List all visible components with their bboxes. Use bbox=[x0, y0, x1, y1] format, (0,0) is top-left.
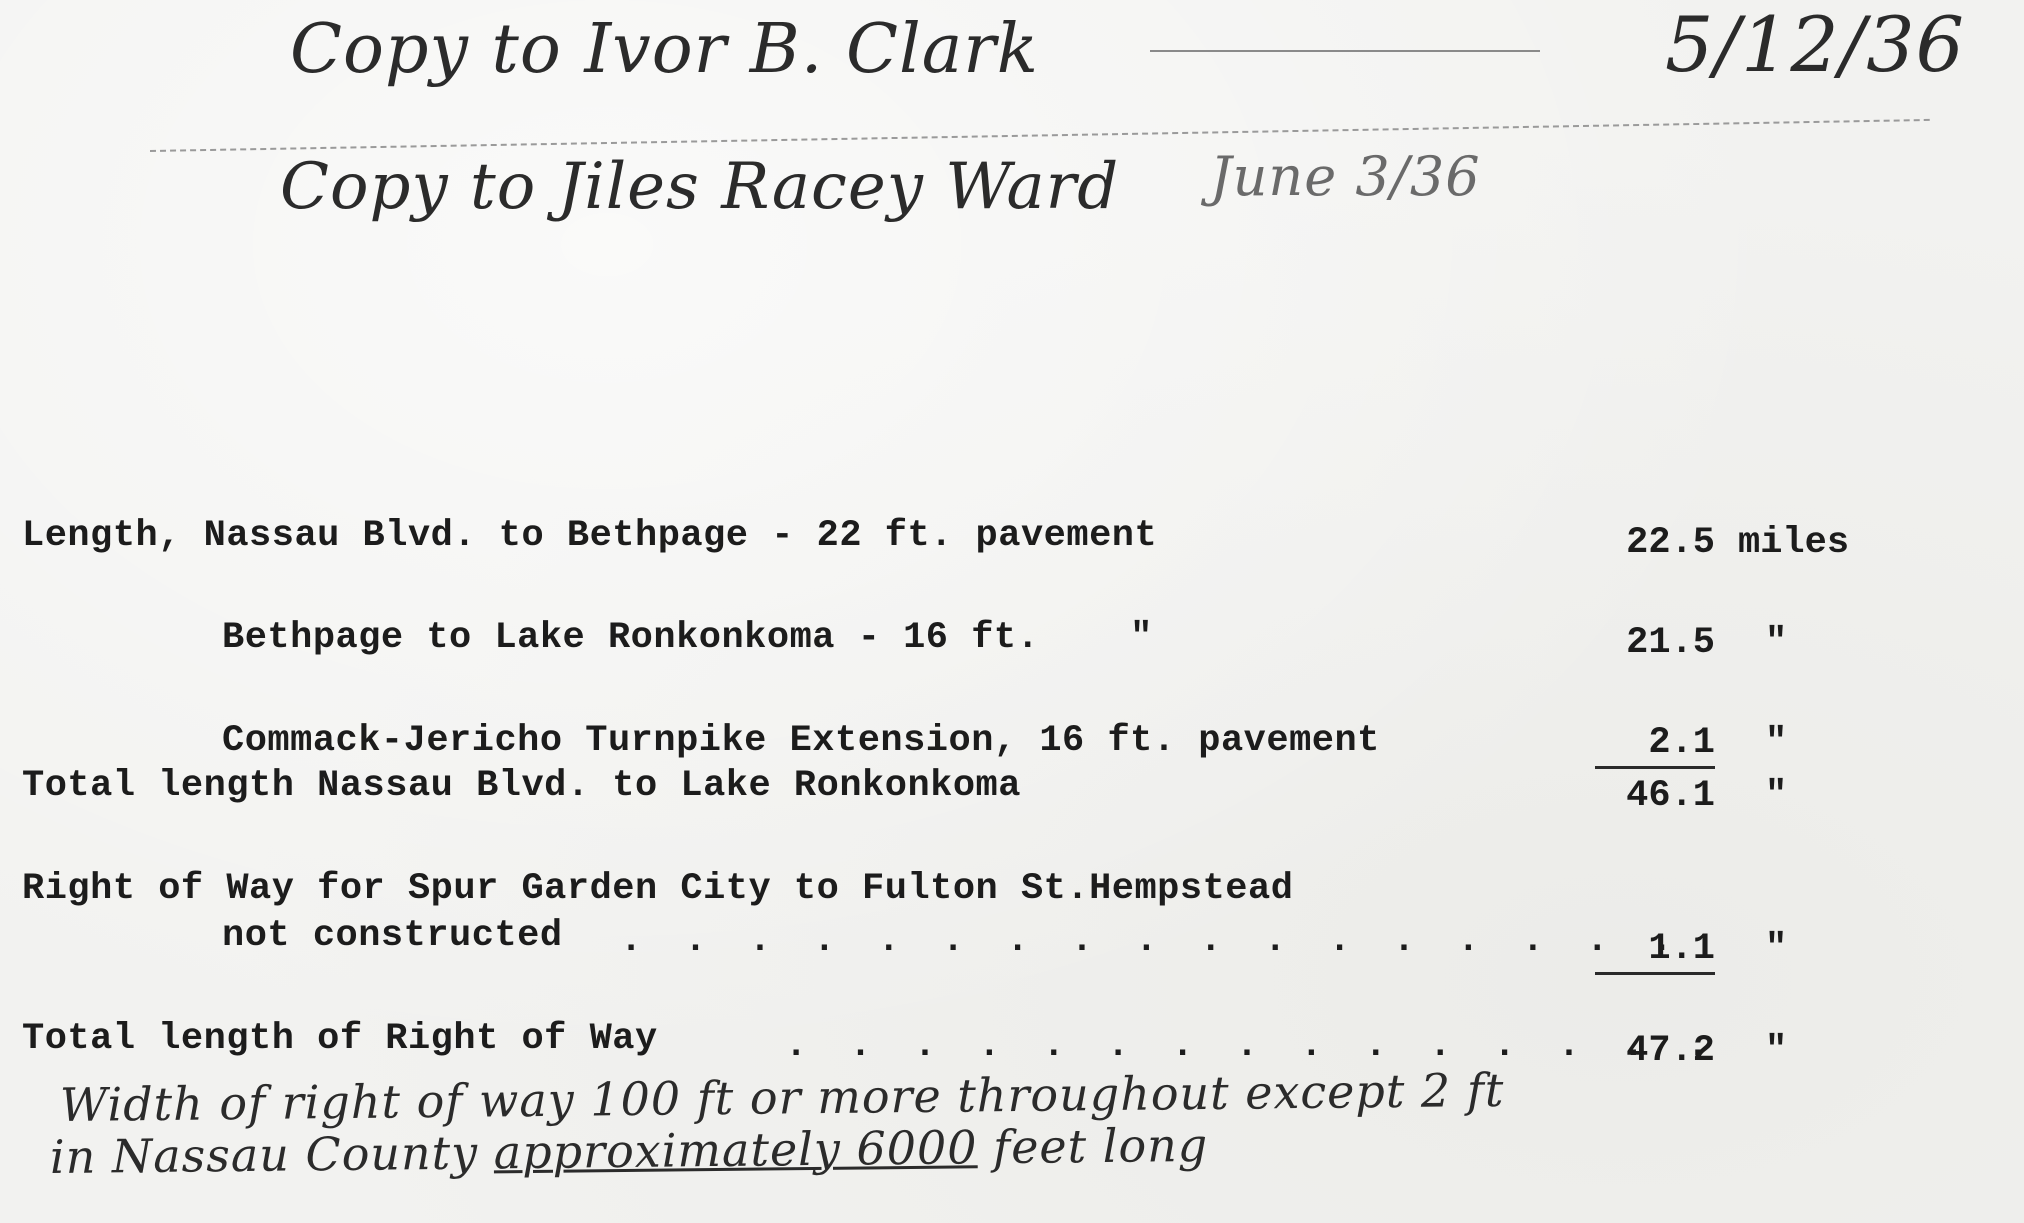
row-unit-nassau-bethpage: miles bbox=[1738, 522, 1849, 564]
annotation-date-1: 5/12/36 bbox=[1665, 0, 1965, 89]
row-leader-spur: . . . . . . . . . . . . . . . . . bbox=[620, 920, 1683, 962]
row-value-nassau-bethpage: 22.5 bbox=[1595, 522, 1715, 564]
note-line-2-underlined: approximately 6000 bbox=[493, 1120, 977, 1179]
annotation-rule-1 bbox=[1150, 50, 1540, 52]
annotation-rule-2 bbox=[150, 119, 1930, 152]
row-unit-total-right-of-way: " bbox=[1765, 1030, 1787, 1072]
row-value-spur: 1.1 bbox=[1595, 928, 1715, 975]
row-unit-bethpage-ronkonkoma: " bbox=[1765, 622, 1787, 664]
row-label-total-nassau-ronkonkoma: Total length Nassau Blvd. to Lake Ronkon… bbox=[22, 765, 1021, 807]
row-unit-spur: " bbox=[1765, 928, 1787, 970]
copy-to-annotation-2: Copy to Jiles Racey Ward bbox=[280, 150, 1119, 224]
row-leader-total-right-of-way: . . . . . . . . . . . . . . . bbox=[785, 1025, 1719, 1067]
row-label-total-right-of-way: Total length of Right of Way bbox=[22, 1018, 658, 1060]
note-line-2-suffix: feet long bbox=[993, 1118, 1209, 1174]
row-value-bethpage-ronkonkoma: 21.5 bbox=[1595, 622, 1715, 664]
copy-to-annotation-1: Copy to Ivor B. Clark bbox=[290, 10, 1039, 89]
row-label-commack-jericho: Commack-Jericho Turnpike Extension, 16 f… bbox=[222, 720, 1380, 762]
row-label-spur-right-of-way: Right of Way for Spur Garden City to Ful… bbox=[22, 868, 1293, 910]
handwritten-note-line-2: in Nassau County approximately 6000 feet… bbox=[50, 1118, 1209, 1184]
row-value-total-nassau-ronkonkoma: 46.1 bbox=[1595, 775, 1715, 817]
annotation-date-2: June 3/36 bbox=[1210, 145, 1481, 208]
row-unit-commack-jericho: " bbox=[1765, 722, 1787, 764]
document-page: Copy to Ivor B. Clark 5/12/36 Copy to Ji… bbox=[0, 0, 2024, 1223]
row-unit-total-nassau-ronkonkoma: " bbox=[1765, 775, 1787, 817]
row-value-total-right-of-way: 47.2 bbox=[1595, 1030, 1715, 1072]
row-label-nassau-bethpage: Length, Nassau Blvd. to Bethpage - 22 ft… bbox=[22, 515, 1157, 557]
row-label-spur-not-constructed: not constructed bbox=[222, 915, 563, 957]
row-value-commack-jericho: 2.1 bbox=[1595, 722, 1715, 769]
row-label-bethpage-ronkonkoma: Bethpage to Lake Ronkonkoma - 16 ft. " bbox=[222, 617, 1153, 659]
note-line-2-prefix: in Nassau County bbox=[50, 1126, 479, 1184]
